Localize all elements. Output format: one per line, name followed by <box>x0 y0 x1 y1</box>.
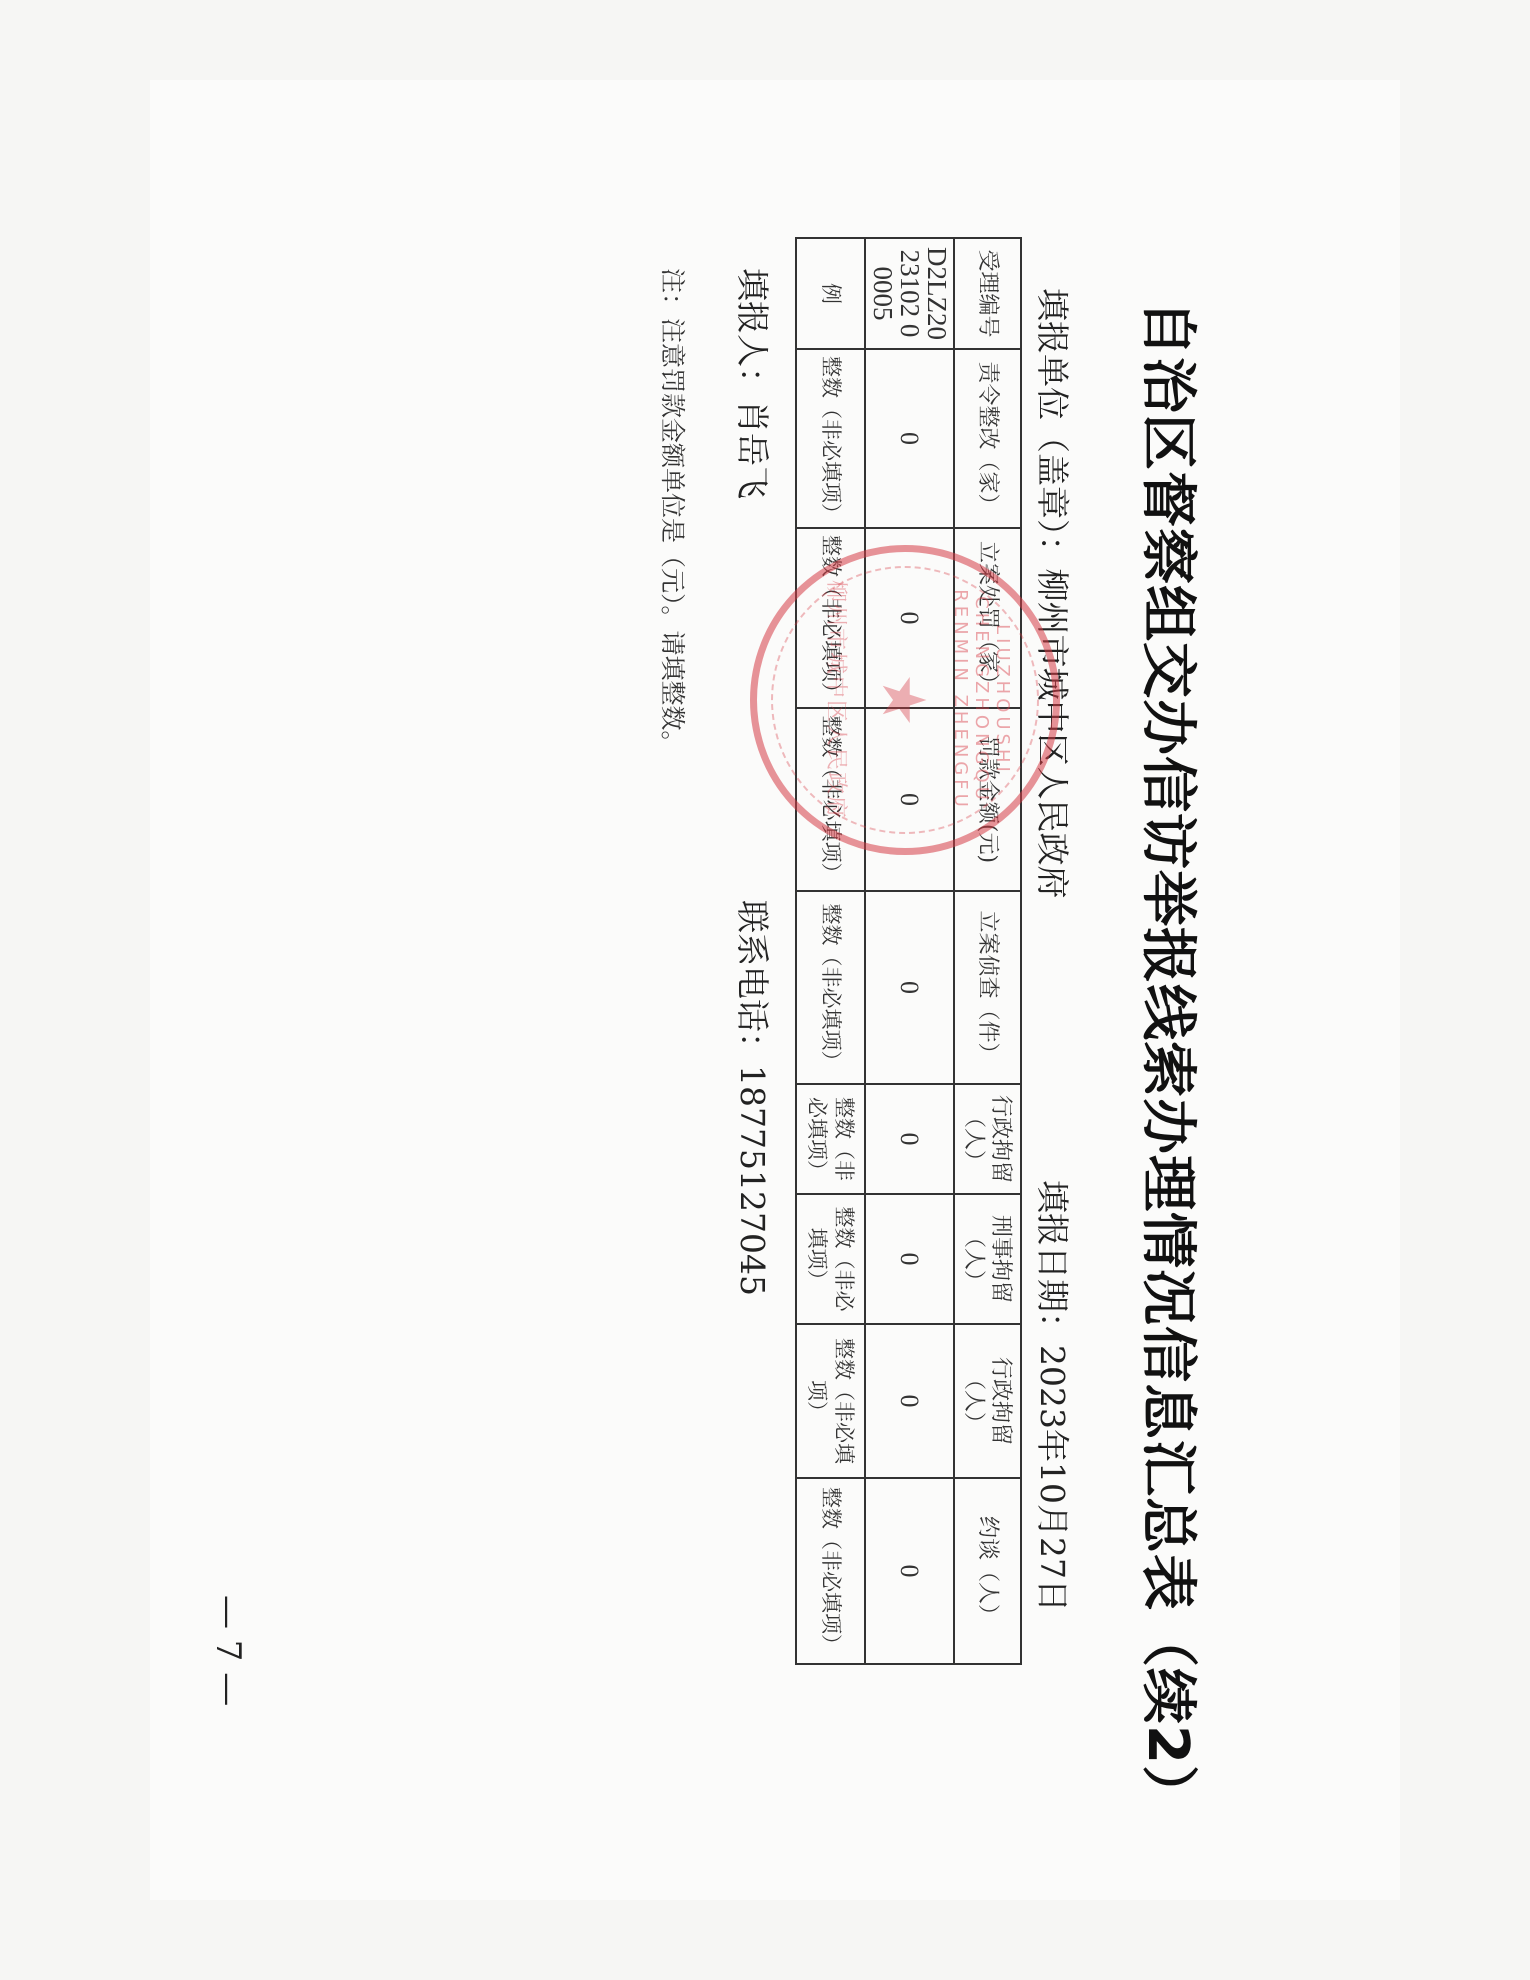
value-cell: 0 <box>865 708 954 891</box>
example-cell: 整数（非必填项） <box>796 891 865 1084</box>
example-cell: 整数（非必填项） <box>796 1084 865 1194</box>
value-cell: 0 <box>865 1084 954 1194</box>
header-administrative-detention: 行政拘留（人） <box>954 1084 1021 1194</box>
document-title: 自治区督察组交办信访举报线索办理情况信息汇总表（续2） <box>1132 300 1212 1700</box>
report-date: 填报日期：2023年10月27日 <box>1031 1180 1078 1612</box>
example-cell: 整数（非必填项） <box>796 708 865 891</box>
example-cell: 整数（非必填项） <box>796 528 865 708</box>
page-number: — 7 — <box>208 1595 248 1706</box>
header-fine-amount: 罚款金额(元) <box>954 708 1021 891</box>
value-cell: 0 <box>865 1194 954 1324</box>
summary-table: 受理编号 责令整改（家） 立案处罚（家） 罚款金额(元) 立案侦查（件） 行政拘… <box>795 237 1022 1665</box>
contact-phone: 联系电话：18775127045 <box>731 900 778 1296</box>
example-cell: 整数（非必填项） <box>796 349 865 528</box>
value-cell: 0 <box>865 349 954 528</box>
table-row: D2LZ2023102 00005 0 0 0 0 0 0 0 0 <box>865 238 954 1664</box>
filled-by: 填报人：肖岳飞 <box>731 268 778 499</box>
header-case-number: 受理编号 <box>954 238 1021 349</box>
example-cell: 整数（非必填项） <box>796 1194 865 1324</box>
example-row: 例 整数（非必填项） 整数（非必填项） 整数（非必填项） 整数（非必填项） 整数… <box>796 238 865 1664</box>
header-criminal-investigation: 立案侦查（件） <box>954 891 1021 1084</box>
header-criminal-detention: 刑事拘留（人） <box>954 1194 1021 1324</box>
example-label: 例 <box>796 238 865 349</box>
table-header-row: 受理编号 责令整改（家） 立案处罚（家） 罚款金额(元) 立案侦查（件） 行政拘… <box>954 238 1021 1664</box>
header-rectification-order: 责令整改（家） <box>954 349 1021 528</box>
value-cell: 0 <box>865 891 954 1084</box>
header-case-penalty: 立案处罚（家） <box>954 528 1021 708</box>
header-interview: 约谈（人） <box>954 1478 1021 1664</box>
value-cell: 0 <box>865 1478 954 1664</box>
case-number-cell: D2LZ2023102 00005 <box>865 238 954 349</box>
footnote: 注：注意罚款金额单位是（元）。请填整数。 <box>656 268 692 756</box>
reporting-unit: 填报单位（盖章）：柳州市城中区人民政府 <box>1031 288 1078 899</box>
value-cell: 0 <box>865 528 954 708</box>
value-cell: 0 <box>865 1324 954 1478</box>
example-cell: 整数（非必填项） <box>796 1478 865 1664</box>
rotated-document-page: 自治区督察组交办信访举报线索办理情况信息汇总表（续2） 填报单位（盖章）：柳州市… <box>0 0 1530 1980</box>
header-administrative-detention-2: 行政拘留（人） <box>954 1324 1021 1478</box>
example-cell: 整数（非必填项） <box>796 1324 865 1478</box>
